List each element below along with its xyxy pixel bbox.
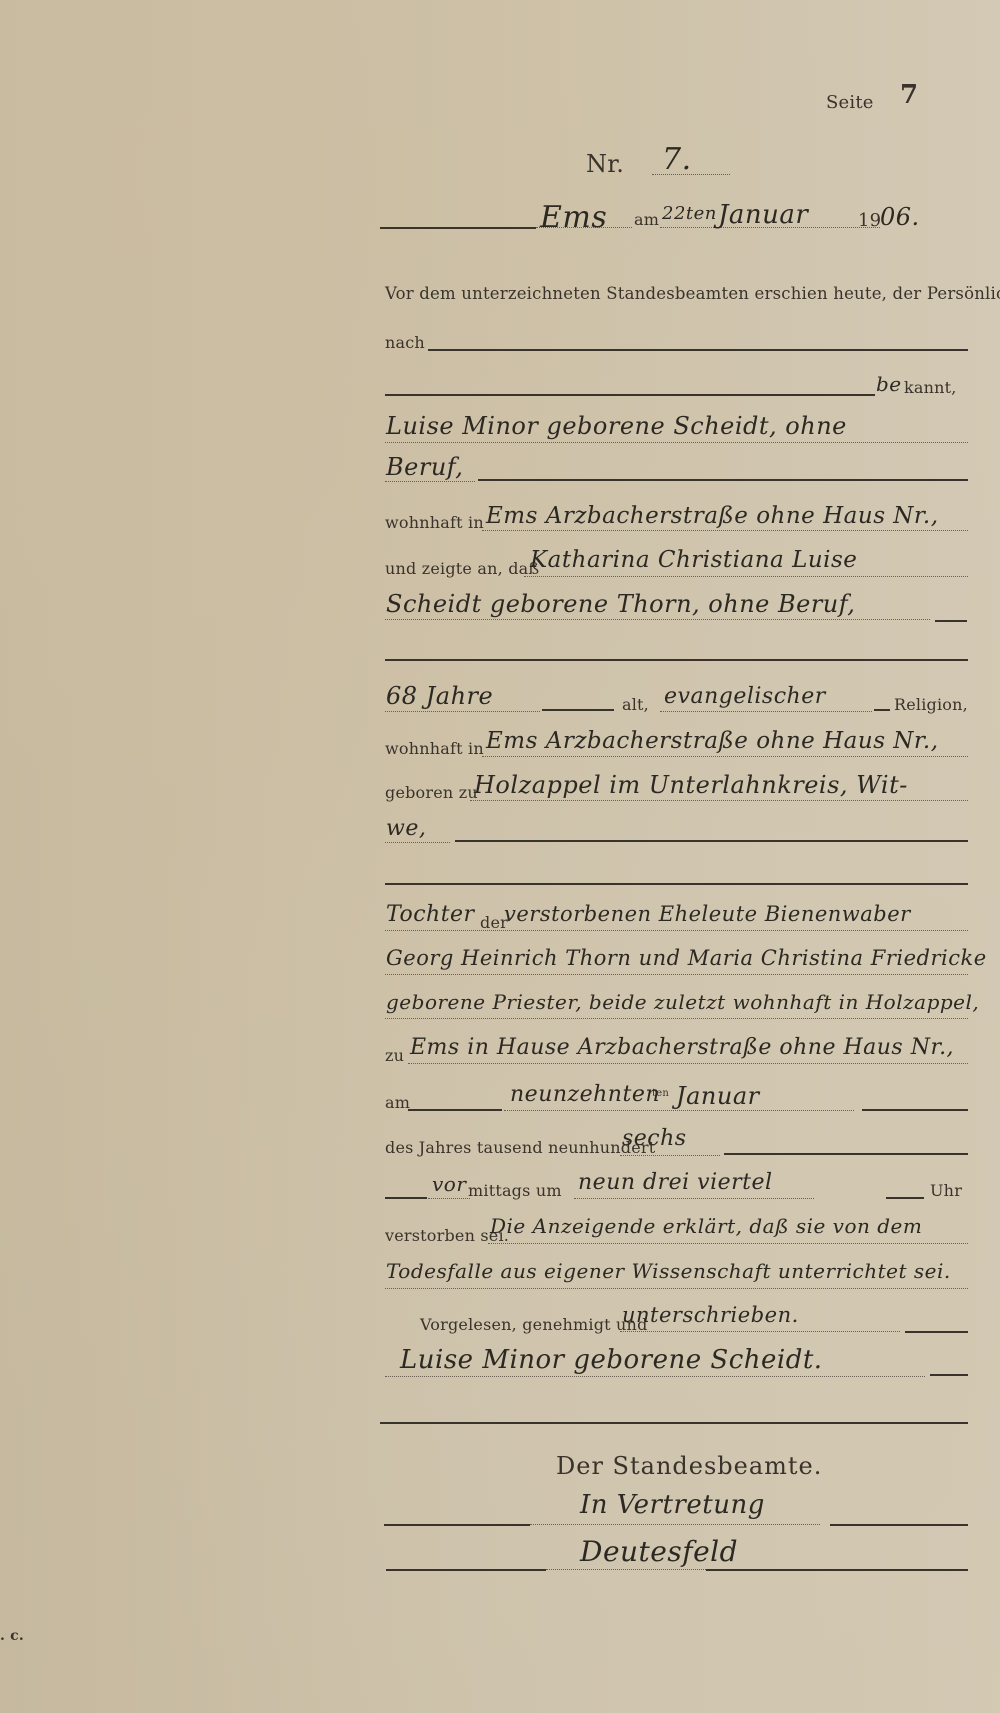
unterschrieben-value: unterschrieben. [622,1303,799,1327]
margin-mark: . c. [0,1628,24,1644]
deceased-rule-end [935,620,967,622]
place-rule [380,227,536,229]
vor-dotted-line [428,1198,470,1199]
informant-residence-dotted-line [482,530,968,531]
jahres-label: des Jahres tausend neunhundert [385,1138,655,1157]
death-date-dotted-line [504,1110,854,1111]
death-date-rule-1 [408,1109,502,1111]
informant-dotted-line-2 [385,481,475,482]
unterschrieben-dotted-line [620,1331,900,1332]
uhr-label: Uhr [930,1181,962,1200]
deceased-residence: Ems Arzbacherstraße ohne Haus Nr., [486,728,939,754]
in-vertretung: In Vertretung [580,1490,765,1520]
nach-label: nach [385,333,425,352]
religion-rule [874,709,890,711]
official-signature: Deutesfeld [580,1535,738,1568]
parents-dotted-line-3 [385,1018,968,1019]
time-rule-2 [886,1197,924,1199]
birthplace-line-1: Holzappel im Unterlahnkreis, Wit- [474,771,908,799]
wohnhaft-label-2: wohnhaft in [385,739,484,758]
remark-dotted-line-1 [488,1243,968,1244]
remark-line-1: Die Anzeigende erklärt, daß sie von dem [490,1214,922,1238]
death-place: Ems in Hause Arzbacherstraße ohne Haus N… [410,1035,954,1060]
informant-dotted-line-1 [385,442,968,443]
informant-rule [478,479,968,481]
birthplace-separator-rule [385,883,968,885]
signature-rule-1 [386,1569,546,1571]
religion-value: evangelischer [664,684,826,709]
bekannt-handwritten: be [876,372,902,396]
in-vertretung-rule-1 [384,1524,530,1526]
year-prefix: 19 [858,210,881,231]
in-vertretung-rule-2 [830,1524,968,1526]
place-value: Ems [540,200,607,235]
geboren-label: geboren zu [385,783,478,802]
birthplace-dotted-line-2 [385,842,450,843]
informant-signature-dotted-line [385,1376,925,1377]
in-vertretung-dotted-line [530,1524,820,1525]
parents-dotted-line-1 [385,930,968,931]
age-dotted-line [385,711,540,712]
death-place-dotted-line [408,1063,968,1064]
page-label: Seite [826,92,874,113]
page-number: 7 [900,80,918,110]
bekannt-rule [385,394,875,396]
death-year-dotted-line [620,1155,720,1156]
deceased-residence-dotted-line [482,756,968,757]
remark-dotted-line-2 [385,1288,968,1289]
death-date-rule-2 [862,1109,968,1111]
death-year-word: sechs [622,1126,687,1151]
vorgelesen-label: Vorgelesen, genehmigt und [420,1315,648,1334]
am-label: am [634,210,659,229]
informant-signature-rule [930,1374,968,1376]
death-time: neun drei viertel [578,1170,773,1195]
birthplace-rule [455,840,968,842]
birthplace-line-2: we, [386,816,426,841]
birthplace-dotted-line-1 [470,800,968,801]
religion-dotted-line [660,711,872,712]
date-month: Januar [718,200,808,230]
date-day: 22ten [662,203,717,224]
ten-superscript: ten [652,1088,669,1099]
parents-line-1-a: Tochter [386,902,475,927]
age-rule [542,709,614,711]
signature-separator-rule [380,1422,968,1424]
mittags-label: mittags um [468,1181,562,1200]
parents-line-2: Georg Heinrich Thorn und Maria Christina… [386,946,987,970]
nach-rule [428,349,968,351]
deceased-line-2: Scheidt geborene Thorn, ohne Beruf, [386,590,855,618]
parents-line-1-b: verstorbenen Eheleute Bienenwaber [504,902,911,926]
deceased-line-1: Katharina Christiana Luise [530,547,857,573]
year-suffix: 06. [880,203,920,231]
signature-rule-2 [706,1569,968,1571]
official-title: Der Standesbeamte. [556,1452,822,1480]
record-number-value: 7. [662,142,692,177]
death-day: neunzehnten [510,1082,660,1107]
parents-dotted-line-2 [385,974,968,975]
zu-label: zu [385,1046,404,1065]
record-number-label: Nr. [586,150,624,178]
intro-line: Vor dem unterzeichneten Standesbeamten e… [385,284,1000,303]
informant-residence: Ems Arzbacherstraße ohne Haus Nr., [486,503,939,529]
wohnhaft-label-1: wohnhaft in [385,513,484,532]
informant-signature: Luise Minor geborene Scheidt. [400,1345,823,1375]
death-time-dotted-line [574,1198,814,1199]
deceased-dotted-line-2 [385,619,930,620]
death-month: Januar [676,1082,760,1110]
deceased-dotted-line-1 [524,576,968,577]
bekannt-label: kannt, [904,378,957,397]
death-year-rule [724,1153,968,1155]
informant-line-2: Beruf, [386,453,463,481]
alt-label: alt, [622,695,649,714]
am-label-2: am [385,1093,410,1112]
vorgelesen-rule [905,1331,968,1333]
remark-line-2: Todesfalle aus eigener Wissenschaft unte… [386,1259,951,1283]
deceased-separator-rule [385,659,968,661]
time-rule-1 [385,1197,427,1199]
zeigte-an-label: und zeigte an, daß [385,559,539,578]
parents-line-3: geborene Priester, beide zuletzt wohnhaf… [386,990,979,1014]
vor-handwritten: vor [432,1172,466,1196]
age-value: 68 Jahre [386,682,493,710]
informant-line-1: Luise Minor geborene Scheidt, ohne [386,412,847,440]
religion-label: Religion, [894,695,968,714]
